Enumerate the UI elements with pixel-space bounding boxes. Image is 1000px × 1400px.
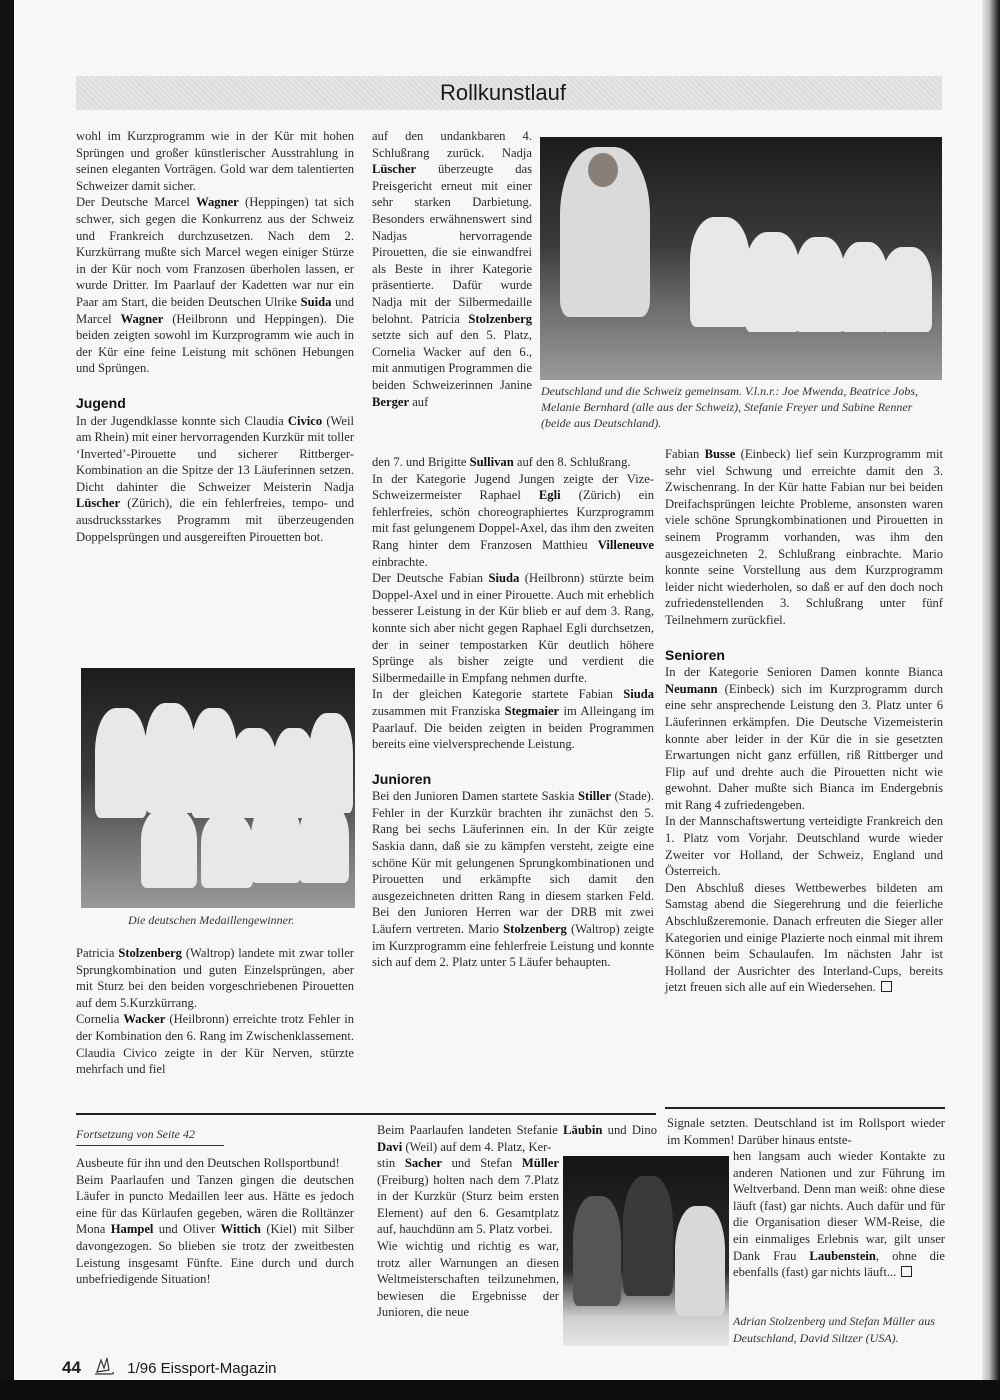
scan-page-edge [982, 0, 1000, 1400]
section-heading-senioren: Senioren [665, 647, 943, 664]
paragraph: In der Jugendklasse konnte sich Claudia … [76, 413, 354, 546]
paragraph: stin Sacher und Stefan Müller (Freiburg)… [377, 1155, 559, 1321]
paragraph: In der gleichen Kategorie startete Fabia… [372, 686, 654, 752]
paragraph: den 7. und Brigitte Sullivan auf den 8. … [372, 454, 654, 471]
photo-figure [145, 703, 195, 813]
issue-label: 1/96 Eissport-Magazin [127, 1360, 276, 1377]
end-of-article-icon [901, 1266, 912, 1277]
paragraph: In der Kategorie Jugend Jungen zeigte de… [372, 471, 654, 571]
photo-figure [675, 1206, 725, 1316]
photo-figure [795, 237, 845, 332]
photo-figure [573, 1196, 621, 1306]
skate-wing-icon [93, 1356, 115, 1376]
photo-figure [623, 1176, 673, 1296]
caption-medal-photo: Die deutschen Medaillengewinner. [128, 912, 294, 928]
photo-medal-winners [81, 668, 355, 908]
end-of-article-icon [881, 981, 892, 992]
photo-pairs-podium [563, 1156, 729, 1346]
page-number: 44 [62, 1358, 81, 1377]
section-heading-jugend: Jugend [76, 395, 354, 412]
page-title: Rollkunstlauf [440, 80, 566, 106]
continuation-left: Ausbeute für ihn und den Deutschen Rolls… [76, 1155, 354, 1288]
photo-figure [299, 803, 349, 883]
paragraph: hen langsam auch wieder Kontakte zu ande… [733, 1148, 945, 1281]
column-middle: den 7. und Brigitte Sullivan auf den 8. … [372, 454, 654, 971]
paragraph: Bei den Junioren Damen startete Saskia S… [372, 788, 654, 971]
column-right: Fabian Busse (Einbeck) lief sein Kurzpro… [665, 446, 943, 996]
paragraph: In der Kategorie Senioren Damen konnte B… [665, 664, 943, 813]
caption-podium-photo: Adrian Stolzenberg und Stefan Müller aus… [733, 1313, 948, 1347]
paragraph: wohl im Kurzprogramm wie in der Kür mit … [76, 128, 354, 194]
photo-figure [690, 217, 750, 327]
scan-bottom-edge [0, 1380, 1000, 1400]
continuation-right-top: Signale setzten. Deutschland ist im Roll… [667, 1115, 945, 1148]
photo-team-group [540, 137, 942, 380]
continuation-right-narrow: hen langsam auch wieder Kontakte zu ande… [733, 1148, 945, 1281]
column-left-top: wohl im Kurzprogramm wie in der Kür mit … [76, 128, 354, 545]
separator-rule [76, 1113, 656, 1115]
photo-figure [201, 813, 253, 888]
paragraph: auf den undankbaren 4. Schlußrang zurück… [372, 128, 532, 410]
paragraph: Cornelia Wacker (Heilbronn) erreichte tr… [76, 1011, 354, 1077]
photo-figure [141, 808, 197, 888]
continuation-middle-top: Beim Paarlaufen landeten Stefanie Läubin… [377, 1122, 657, 1155]
paragraph: Beim Paarlaufen und Tanzen gingen die de… [76, 1172, 354, 1288]
paragraph: Signale setzten. Deutschland ist im Roll… [667, 1115, 945, 1148]
scan-binding-edge [0, 0, 14, 1400]
photo-figure [882, 247, 932, 332]
paragraph: In der Mannschaftswertung verteidigte Fr… [665, 813, 943, 879]
continuation-middle-narrow: stin Sacher und Stefan Müller (Freiburg)… [377, 1155, 559, 1321]
continuation-label: Fortsetzung von Seite 42 [76, 1127, 224, 1146]
paragraph: Der Deutsche Fabian Siuda (Heilbronn) st… [372, 570, 654, 686]
column-left-bottom: Patricia Stolzenberg (Waltrop) landete m… [76, 945, 354, 1078]
photo-head [588, 153, 618, 187]
photo-figure [840, 242, 888, 332]
column-middle-narrow: auf den undankbaren 4. Schlußrang zurück… [372, 128, 532, 410]
paragraph: Patricia Stolzenberg (Waltrop) landete m… [76, 945, 354, 1011]
paragraph: Beim Paarlaufen landeten Stefanie Läubin… [377, 1122, 657, 1155]
caption-team-photo: Deutschland und die Schweiz gemeinsam. V… [541, 383, 941, 431]
photo-figure [309, 713, 353, 813]
separator-rule [665, 1107, 945, 1109]
paragraph: Fabian Busse (Einbeck) lief sein Kurzpro… [665, 446, 943, 629]
photo-figure [745, 232, 800, 332]
paragraph: Ausbeute für ihn und den Deutschen Rolls… [76, 1155, 354, 1172]
page-footer: 44 1/96 Eissport-Magazin [62, 1356, 277, 1378]
photo-figure [95, 708, 147, 818]
paragraph: Der Deutsche Marcel Wagner (Heppingen) t… [76, 194, 354, 377]
section-heading-junioren: Junioren [372, 771, 654, 788]
paragraph: Den Abschluß dieses Wettbewerbes bildete… [665, 880, 943, 996]
photo-figure [251, 803, 301, 883]
